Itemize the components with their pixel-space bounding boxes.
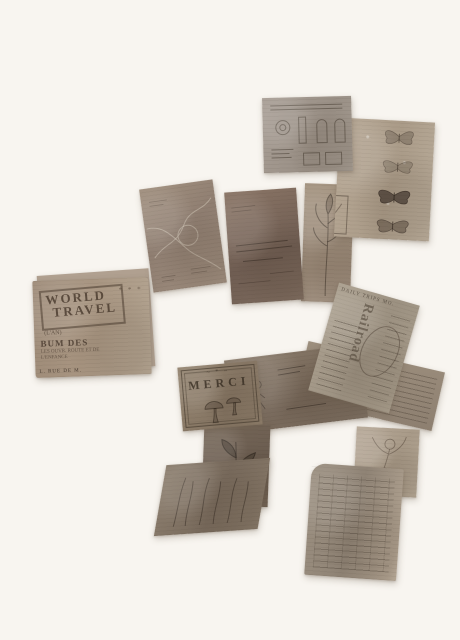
caption-bold: BUM DES [40,337,88,349]
paper-ledger-scrap [304,463,404,581]
butterfly-icon [378,190,410,205]
bottle-diagram-icon [262,96,353,173]
paper-grass-scrap [154,458,270,536]
butterfly-icon [385,130,414,144]
paper-diagram-sheet [262,96,353,173]
stamp-stars: * * * [119,285,143,294]
ledger-grid [313,473,395,572]
butterfly-icon [383,160,413,173]
map-lines-icon [139,179,227,292]
caption-tiny: LES OUVR. ROUTE ET DE L'ENFANCE [41,347,111,361]
butterfly-icon [377,220,409,234]
world-travel-stamp: WORLD TRAVEL [39,284,126,331]
paper-map-scrap [139,179,227,292]
stamp-line-2: TRAVEL [52,300,119,319]
caption-footer: L. RUE DE M. [39,368,82,374]
mushroom-icon [177,361,262,432]
caption-small: (L'AN) [44,330,62,337]
paper-world-travel-card: WORLD TRAVEL * * * (L'AN) BUM DES LES OU… [32,277,151,378]
paper-merci-card: ~ * ~ MERCI [177,361,262,432]
paper-newsprint-dark [224,188,304,305]
newsprint-headline-icon [224,188,304,305]
photo-canvas: WORLD TRAVEL * * * (L'AN) BUM DES LES OU… [0,0,460,640]
grass-sketch-icon [154,458,270,536]
